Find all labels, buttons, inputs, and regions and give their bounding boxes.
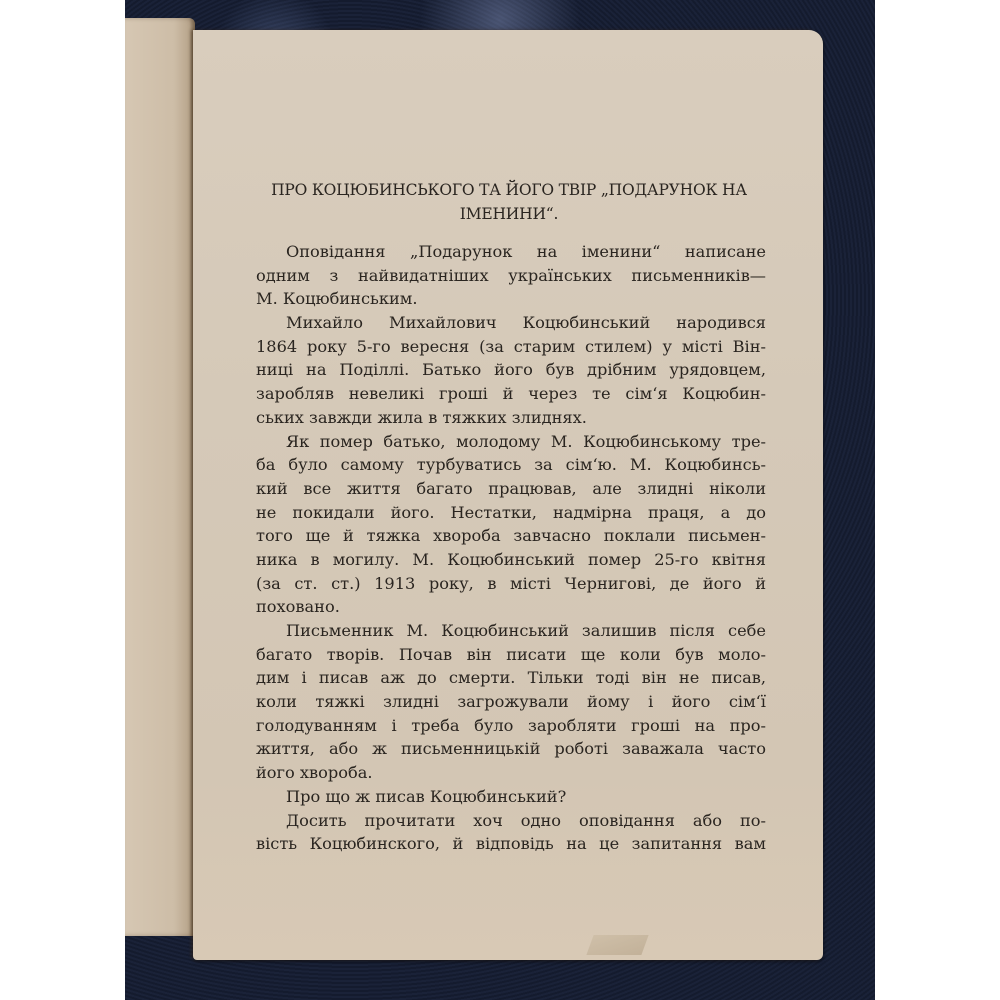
title-line: ІМЕНИНИ“.: [226, 202, 792, 226]
text-line: Оповідання „Подарунок на іменини“ написа…: [256, 240, 766, 264]
photo-stage: ПРО КОЦЮБИНСЬКОГО ТА ЙОГО ТВІР „ПОДАРУНО…: [0, 0, 1000, 1000]
paragraph-4: Письменник М. Коцюбинський залишив після…: [256, 619, 766, 785]
text-line: його хвороба.: [256, 761, 766, 785]
text-line: коли тяжкі злидні загрожували йому і йог…: [256, 690, 766, 714]
paragraph-5: Про що ж писав Коцюбинський?: [256, 785, 766, 809]
page-text-block: ПРО КОЦЮБИНСЬКОГО ТА ЙОГО ТВІР „ПОДАРУНО…: [256, 178, 766, 856]
text-line: Письменник М. Коцюбинський залишив після…: [256, 619, 766, 643]
paragraph-6: Досить прочитати хоч одно оповідання або…: [256, 809, 766, 856]
text-line: Досить прочитати хоч одно оповідання або…: [256, 809, 766, 833]
text-line: ника в могилу. М. Коцюбинський помер 25-…: [256, 548, 766, 572]
page-corner-fold: [586, 935, 648, 955]
text-line: заробляв невеликі гроші й через те сім‘я…: [256, 382, 766, 406]
title-line: ПРО КОЦЮБИНСЬКОГО ТА ЙОГО ТВІР „ПОДАРУНО…: [226, 178, 792, 202]
text-line: ниці на Поділлі. Батько його був дрібним…: [256, 358, 766, 382]
text-line: не покидали його. Нестатки, надмірна пра…: [256, 501, 766, 525]
page-title: ПРО КОЦЮБИНСЬКОГО ТА ЙОГО ТВІР „ПОДАРУНО…: [226, 178, 792, 226]
text-line: Михайло Михайлович Коцюбинський народивс…: [256, 311, 766, 335]
text-line: кий все життя багато працював, але злидн…: [256, 477, 766, 501]
paragraph-1: Оповідання „Подарунок на іменини“ написа…: [256, 240, 766, 311]
paragraph-3: Як помер батько, молодому М. Коцюбинсько…: [256, 430, 766, 620]
text-line: вість Коцюбинского, й відповідь на це за…: [256, 832, 766, 856]
text-line: одним з найвидатніших українських письме…: [256, 264, 766, 288]
text-line: життя, або ж письменницькій роботі заваж…: [256, 737, 766, 761]
text-line: 1864 року 5-го вересня (за старим стилем…: [256, 335, 766, 359]
text-line: голодуванням і треба було заробляти грош…: [256, 714, 766, 738]
text-line: (за ст. ст.) 1913 року, в місті Чернигов…: [256, 572, 766, 596]
paragraph-2: Михайло Михайлович Коцюбинський народивс…: [256, 311, 766, 429]
text-line: поховано.: [256, 595, 766, 619]
text-line: ських завжди жила в тяжких злиднях.: [256, 406, 766, 430]
text-line: того ще й тяжка хвороба завчасно поклали…: [256, 524, 766, 548]
left-page-edge: [125, 18, 195, 936]
text-line: ба було самому турбуватись за сім‘ю. М. …: [256, 453, 766, 477]
text-line: багато творів. Почав він писати ще коли …: [256, 643, 766, 667]
text-line: дим і писав аж до смерти. Тільки тоді ві…: [256, 666, 766, 690]
text-line: Як помер батько, молодому М. Коцюбинсько…: [256, 430, 766, 454]
text-line: Про що ж писав Коцюбинський?: [256, 785, 766, 809]
text-line: М. Коцюбинським.: [256, 287, 766, 311]
